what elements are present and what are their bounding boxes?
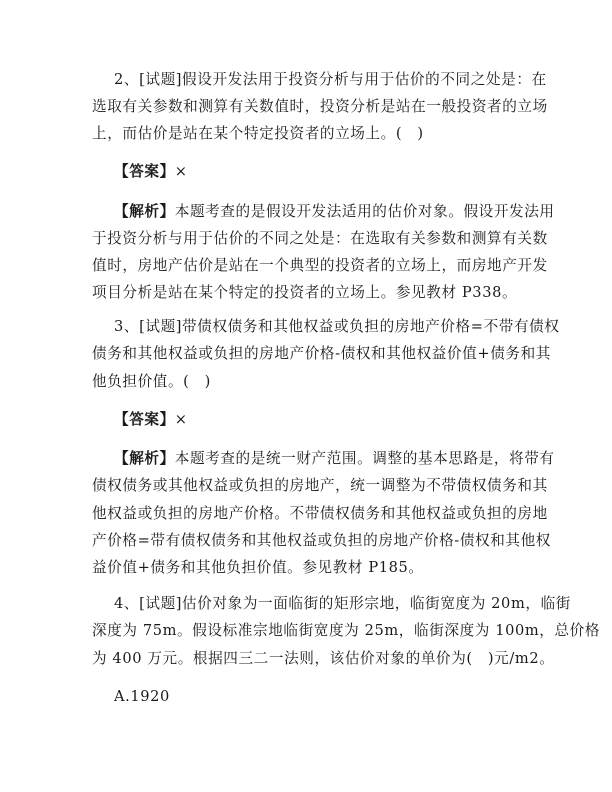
question-2-analysis-line-1: 【解析】本题考查的是假设开发法适用的估价对象。假设开发法用 xyxy=(114,198,534,225)
question-4-line-3: 为 400 万元。根据四三二一法则，该估价对象的单价为( )元/m2。 xyxy=(92,645,512,672)
question-2-line-1: 2、[试题]假设开发法用于投资分析与用于估价的不同之处是：在 xyxy=(114,66,534,93)
question-3-analysis-line-5: 益价值+债务和其他负担价值。参见教材 P185。 xyxy=(92,554,512,581)
question-2-line-2: 选取有关参数和测算有关数值时，投资分析是站在一般投资者的立场 xyxy=(92,93,512,120)
question-2-analysis-line-2: 于投资分析与用于估价的不同之处是：在选取有关参数和测算有关数 xyxy=(92,225,512,252)
analysis-text: 本题考查的是统一财产范围。调整的基本思路是，将带有 xyxy=(175,450,555,467)
question-2-analysis-line-4: 项目分析是站在某个特定的投资者的立场上。参见教材 P338。 xyxy=(92,279,512,306)
question-3-line-2: 债务和其他权益或负担的房地产价格-债权和其他权益价值+债务和其 xyxy=(92,340,512,367)
question-3-answer: 【答案】× xyxy=(114,406,534,433)
question-4-line-2: 深度为 75m。假设标准宗地临街宽度为 25m，临街深度为 100m，总价格 xyxy=(92,617,512,644)
question-3-analysis-line-4: 产价格=带有债权债务和其他权益或负担的房地产价格-债权和其他权 xyxy=(92,527,512,554)
answer-value: × xyxy=(175,163,188,180)
document-page: 2、[试题]假设开发法用于投资分析与用于估价的不同之处是：在 选取有关参数和测算… xyxy=(0,0,612,792)
analysis-text: 本题考查的是假设开发法适用的估价对象。假设开发法用 xyxy=(175,203,555,220)
answer-label: 【答案】 xyxy=(114,163,175,180)
question-3-analysis-line-1: 【解析】本题考查的是统一财产范围。调整的基本思路是，将带有 xyxy=(114,445,534,472)
question-2-analysis-line-3: 值时，房地产估价是站在一个典型的投资者的立场上，而房地产开发 xyxy=(92,252,512,279)
question-4-line-1: 4、[试题]估价对象为一面临街的矩形宗地，临街宽度为 20m，临街 xyxy=(114,590,534,617)
analysis-label: 【解析】 xyxy=(114,450,175,467)
analysis-label: 【解析】 xyxy=(114,203,175,220)
question-3-line-1: 3、[试题]带债权债务和其他权益或负担的房地产价格=不带有债权 xyxy=(114,313,534,340)
question-2-answer: 【答案】× xyxy=(114,158,534,185)
answer-label: 【答案】 xyxy=(114,411,175,428)
question-3-line-3: 他负担价值。( ) xyxy=(92,368,512,395)
question-3-analysis-line-2: 债权债务或其他权益或负担的房地产，统一调整为不带债权债务和其 xyxy=(92,472,512,499)
question-2-line-3: 上，而估价是站在某个特定投资者的立场上。( ) xyxy=(92,120,512,147)
answer-value: × xyxy=(175,411,188,428)
question-3-analysis-line-3: 他权益或负担的房地产价格。不带债权债务和其他权益或负担的房地 xyxy=(92,500,512,527)
question-4-option-a: A.1920 xyxy=(114,683,534,710)
